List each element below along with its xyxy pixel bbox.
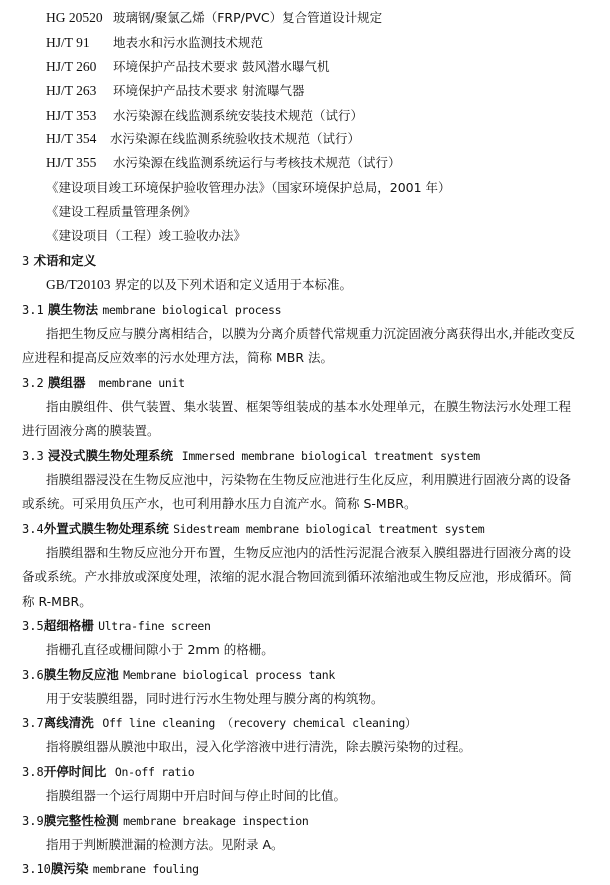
reference-title: 地表水和污水监测技术规范 <box>113 33 263 53</box>
term-definition-line: 指用于判断膜泄漏的检测方法。见附录 A。 <box>46 835 284 855</box>
term-en: Membrane biological process tank <box>123 668 335 682</box>
reference-code: HJ/T 91 <box>46 33 90 53</box>
term-heading: 3.6膜生物反应池 Membrane biological process ta… <box>22 665 335 685</box>
term-definition-line: 备或系统。产水排放或深度处理，浓缩的泥水混合物回流到循环浓缩池或生物反应池，形成… <box>22 567 572 587</box>
reference-title: 环境保护产品技术要求 射流曝气器 <box>113 81 304 101</box>
term-definition-line: 指膜组器和生物反应池分开布置，生物反应池内的活性污泥混合液泵入膜组器进行固液分离… <box>46 543 571 563</box>
term-zh: 外置式膜生物处理系统 <box>44 521 169 536</box>
term-en: Off line cleaning （recovery chemical cle… <box>102 716 416 730</box>
term-heading: 3.1 膜生物法 membrane biological process <box>22 300 281 320</box>
term-zh: 膜生物反应池 <box>44 667 119 682</box>
standard-code: GB/T20103 <box>46 277 111 292</box>
term-definition-line: 指将膜组器从膜池中取出，浸入化学溶液中进行清洗，除去膜污染物的过程。 <box>46 737 471 757</box>
regulation-item: 《建设项目竣工环境保护验收管理办法》（国家环境保护总局，2001 年） <box>46 178 451 198</box>
term-number: 3.8 <box>22 765 44 779</box>
term-zh: 超细格栅 <box>44 618 94 633</box>
regulation-item: 《建设项目（工程）竣工验收办法》 <box>46 226 246 246</box>
term-number: 3.1 <box>22 303 44 317</box>
regulation-item: 《建设工程质量管理条例》 <box>46 202 196 222</box>
section-intro: GB/T20103 界定的以及下列术语和定义适用于本标准。 <box>46 275 352 295</box>
section-heading: 3 术语和定义 <box>22 251 96 271</box>
term-zh: 膜污染 <box>51 861 89 876</box>
term-definition-line: 指膜组器浸没在生物反应池中，污染物在生物反应池进行生化反应，利用膜进行固液分离的… <box>46 470 571 490</box>
term-heading: 3.7离线清洗 Off line cleaning （recovery chem… <box>22 713 416 733</box>
term-zh: 离线清洗 <box>44 715 94 730</box>
term-zh: 膜完整性检测 <box>44 813 119 828</box>
reference-title: 水污染源在线监测系统验收技术规范（试行） <box>110 129 360 149</box>
term-en: membrane biological process <box>102 303 281 317</box>
term-zh: 开停时间比 <box>44 764 107 779</box>
term-en: membrane fouling <box>93 862 199 876</box>
term-definition-line: 指由膜组件、供气装置、集水装置、框架等组装成的基本水处理单元，在膜生物法污水处理… <box>46 397 571 417</box>
term-number: 3.4 <box>22 522 44 536</box>
reference-title: 水污染源在线监测系统运行与考核技术规范（试行） <box>113 153 401 173</box>
term-definition-line: 指膜组器一个运行周期中开启时间与停止时间的比值。 <box>46 786 346 806</box>
term-en: membrane breakage inspection <box>123 814 308 828</box>
term-heading: 3.8开停时间比 On-off ratio <box>22 762 194 782</box>
term-definition-line: 称 R-MBR。 <box>22 592 92 612</box>
term-heading: 3.4外置式膜生物处理系统 Sidestream membrane biolog… <box>22 519 484 539</box>
term-number: 3.3 <box>22 449 44 463</box>
term-number: 3.5 <box>22 619 44 633</box>
reference-code: HJ/T 355 <box>46 153 96 173</box>
term-heading: 3.5超细格栅 Ultra-fine screen <box>22 616 211 636</box>
reference-title: 水污染源在线监测系统安装技术规范（试行） <box>113 106 363 126</box>
term-en: On-off ratio <box>115 765 194 779</box>
term-heading: 3.10膜污染 membrane fouling <box>22 859 199 879</box>
term-number: 3.9 <box>22 814 44 828</box>
reference-code: HJ/T 260 <box>46 57 96 77</box>
reference-code: HG 20520 <box>46 8 103 28</box>
term-en: membrane unit <box>99 376 185 390</box>
reference-code: HJ/T 353 <box>46 106 96 126</box>
term-zh: 膜组器 <box>48 375 86 390</box>
reference-code: HJ/T 354 <box>46 129 96 149</box>
term-definition-line: 进行固液分离的膜装置。 <box>22 421 160 441</box>
term-heading: 3.2 膜组器 membrane unit <box>22 373 185 393</box>
term-number: 3.2 <box>22 376 44 390</box>
term-heading: 3.3 浸没式膜生物处理系统 Immersed membrane biologi… <box>22 446 480 466</box>
term-number: 3.6 <box>22 668 44 682</box>
term-zh: 浸没式膜生物处理系统 <box>48 448 173 463</box>
reference-code: HJ/T 263 <box>46 81 96 101</box>
term-definition-line: 应进程和提高反应效率的污水处理方法，简称 MBR 法。 <box>22 348 333 368</box>
section-intro-text: 界定的以及下列术语和定义适用于本标准。 <box>111 277 352 292</box>
term-en: Immersed membrane biological treatment s… <box>182 449 480 463</box>
section-title: 术语和定义 <box>34 253 97 268</box>
reference-title: 玻璃钢/聚氯乙烯（FRP/PVC）复合管道设计规定 <box>113 8 382 28</box>
term-en: Sidestream membrane biological treatment… <box>173 522 484 536</box>
term-definition-line: 指栅孔直径或栅间隙小于 2mm 的格栅。 <box>46 640 274 660</box>
term-zh: 膜生物法 <box>48 302 98 317</box>
term-definition-line: 或系统。可采用负压产水，也可利用静水压力自流产水。简称 S-MBR。 <box>22 494 416 514</box>
term-number: 3.10 <box>22 862 51 876</box>
reference-title: 环境保护产品技术要求 鼓风潜水曝气机 <box>113 57 329 77</box>
term-en: Ultra-fine screen <box>98 619 211 633</box>
term-definition-line: 用于安装膜组器，同时进行污水生物处理与膜分离的构筑物。 <box>46 689 384 709</box>
term-number: 3.7 <box>22 716 44 730</box>
section-number: 3 <box>22 254 29 268</box>
term-definition-line: 指把生物反应与膜分离相结合，以膜为分离介质替代常规重力沉淀固液分离获得出水,并能… <box>46 324 575 344</box>
term-heading: 3.9膜完整性检测 membrane breakage inspection <box>22 811 309 831</box>
